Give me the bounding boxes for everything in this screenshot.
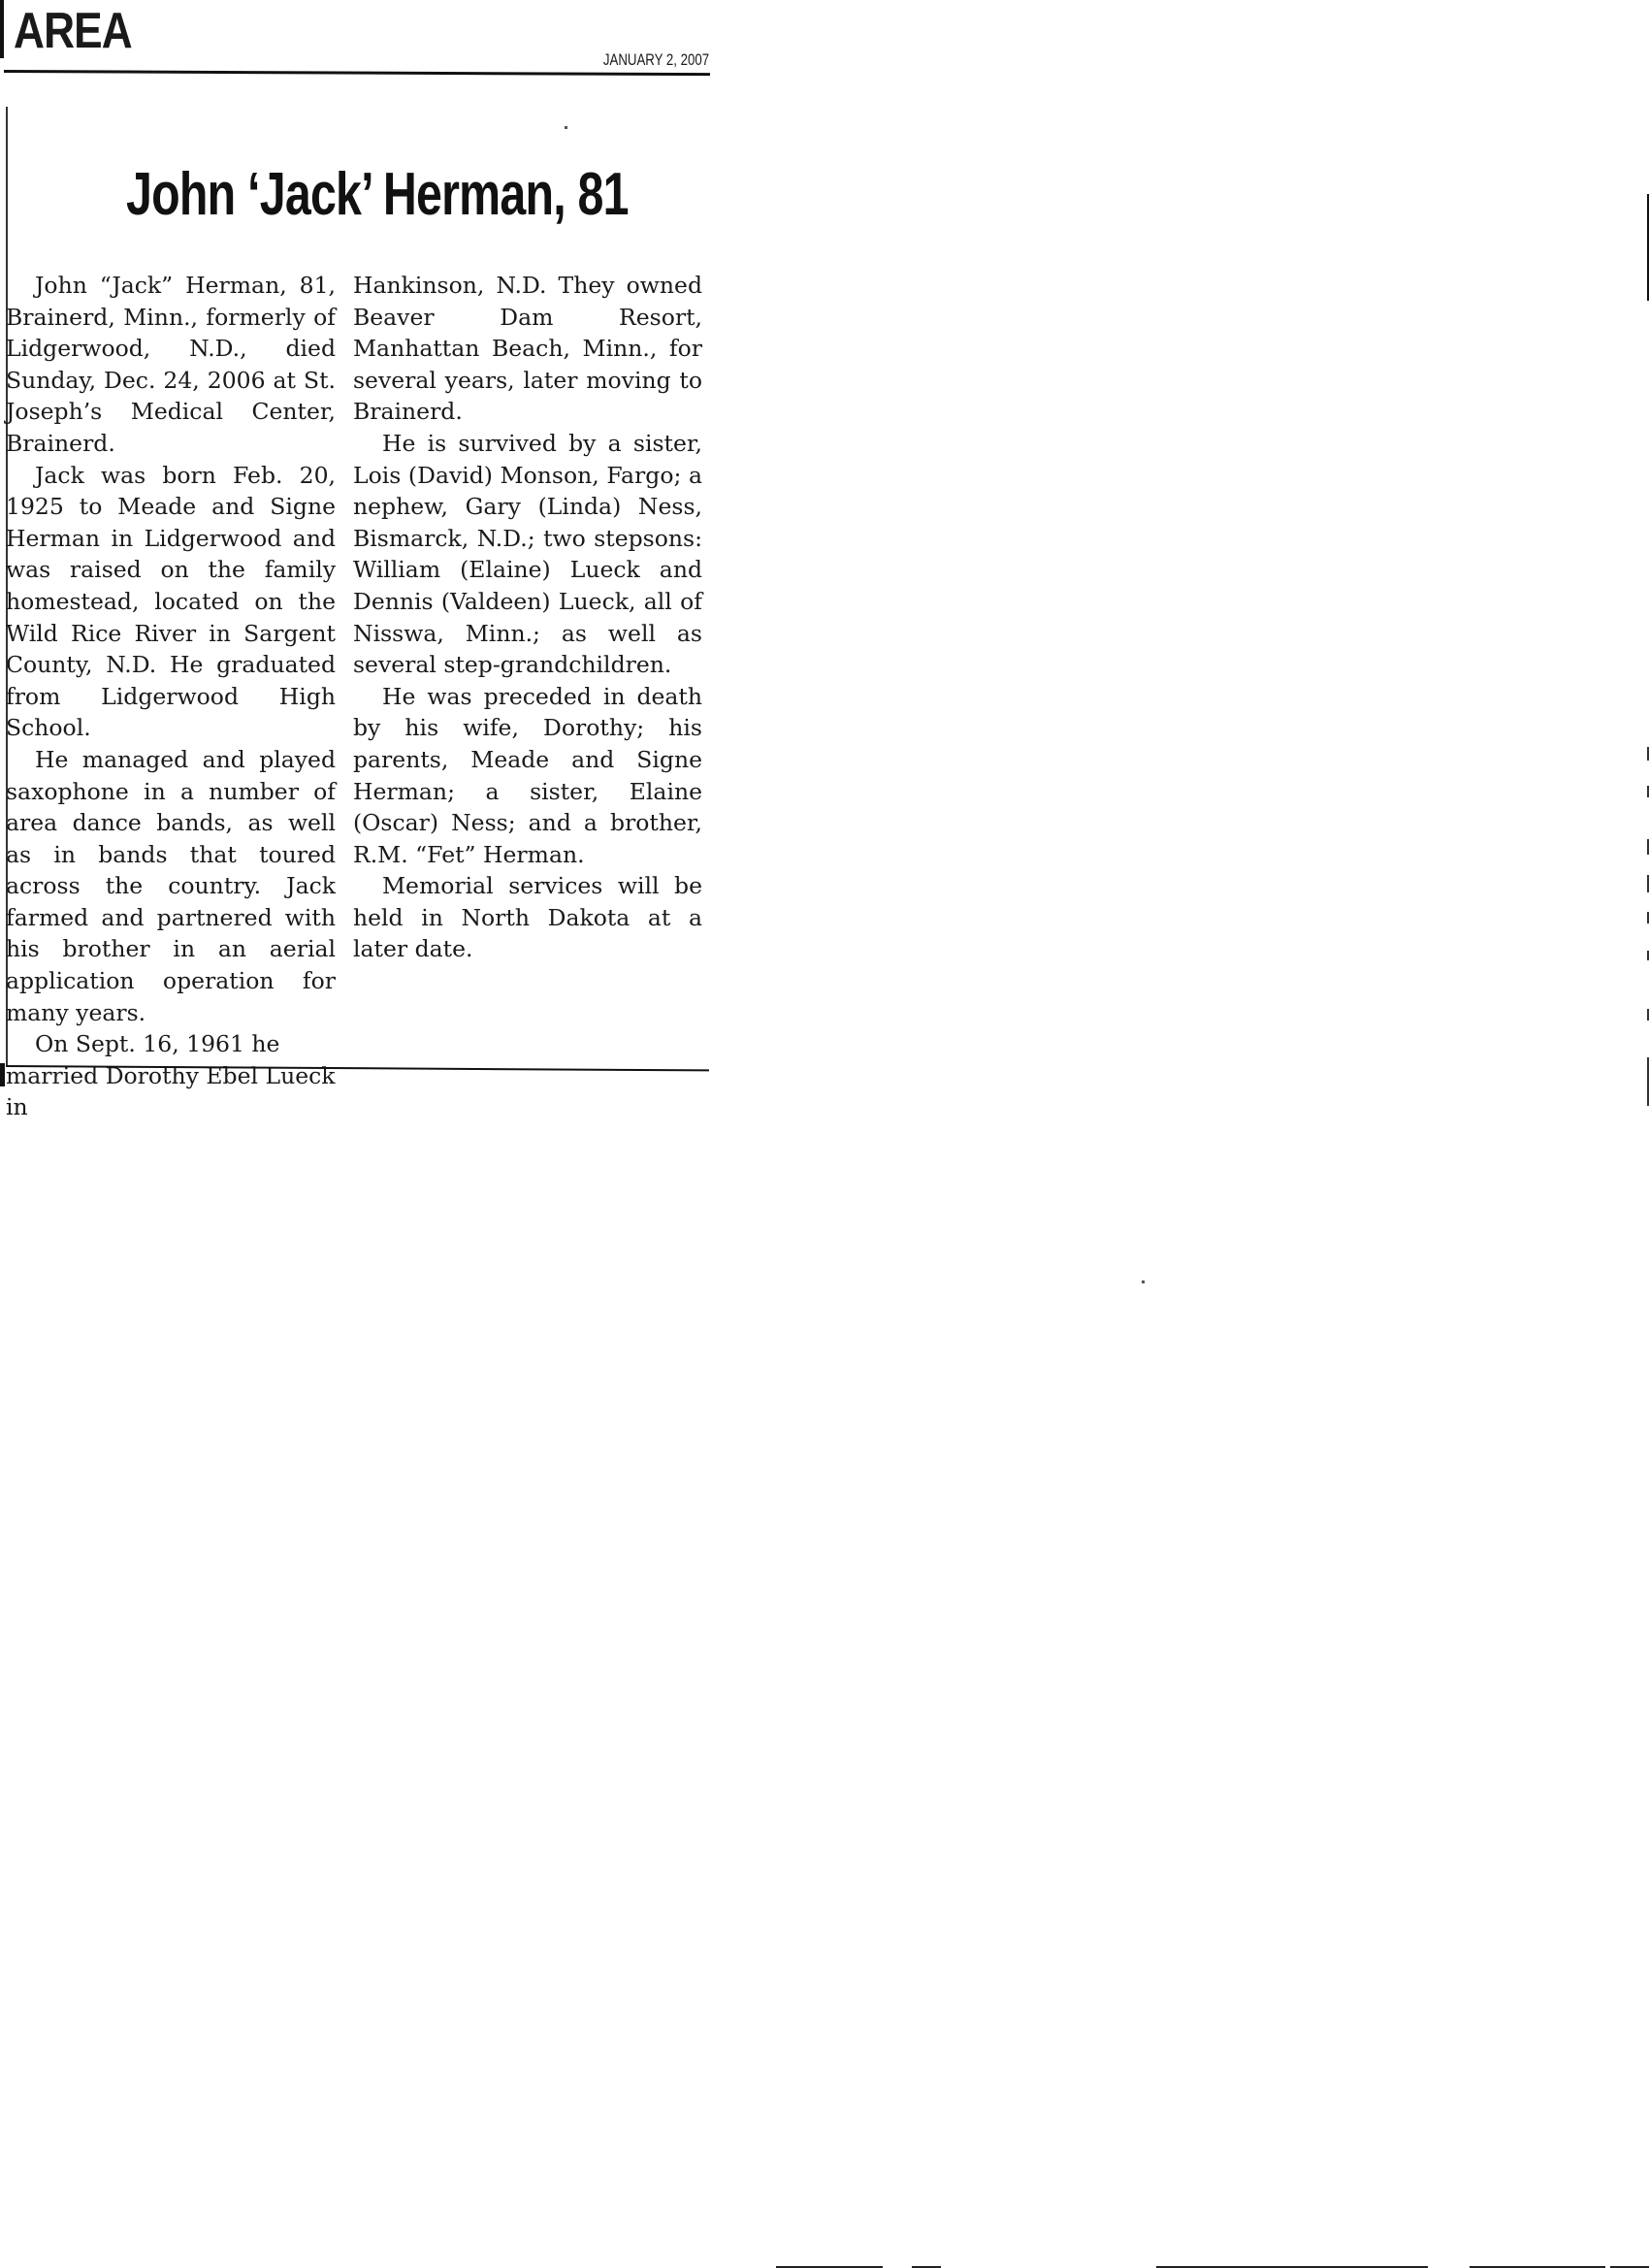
section-label: AREA [14, 2, 132, 60]
scan-speck [565, 126, 567, 129]
article-paragraph: Jack was born Feb. 20, 1925 to Meade and… [6, 460, 336, 744]
scan-edge-mark [0, 0, 4, 58]
header-rule [4, 70, 710, 76]
article-paragraph: He was preceded in death by his wife, Do… [353, 681, 702, 871]
obituary-headline: John ‘Jack’ Herman, 81 [126, 160, 629, 229]
publication-date: JANUARY 2, 2007 [603, 50, 709, 70]
article-paragraph: Hankinson, N.D. They owned Beaver Dam Re… [353, 270, 702, 428]
article-paragraph: On Sept. 16, 1961 he married Dorothy Ebe… [6, 1028, 336, 1123]
article-column-right: Hankinson, N.D. They owned Beaver Dam Re… [353, 270, 702, 965]
article-column-left: John “Jack” Herman, 81, Brainerd, Minn.,… [6, 270, 336, 1123]
article-paragraph: Memorial services will be held in North … [353, 870, 702, 965]
article-paragraph: He managed and played saxophone in a num… [6, 744, 336, 1028]
scan-edge-mark-bottom [0, 1063, 5, 1086]
scan-speck [1142, 1280, 1145, 1283]
article-paragraph: He is survived by a sister, Lois (David)… [353, 428, 702, 681]
article-paragraph: John “Jack” Herman, 81, Brainerd, Minn.,… [6, 270, 336, 460]
newspaper-clipping: AREA JANUARY 2, 2007 John ‘Jack’ Herman,… [0, 0, 713, 1082]
